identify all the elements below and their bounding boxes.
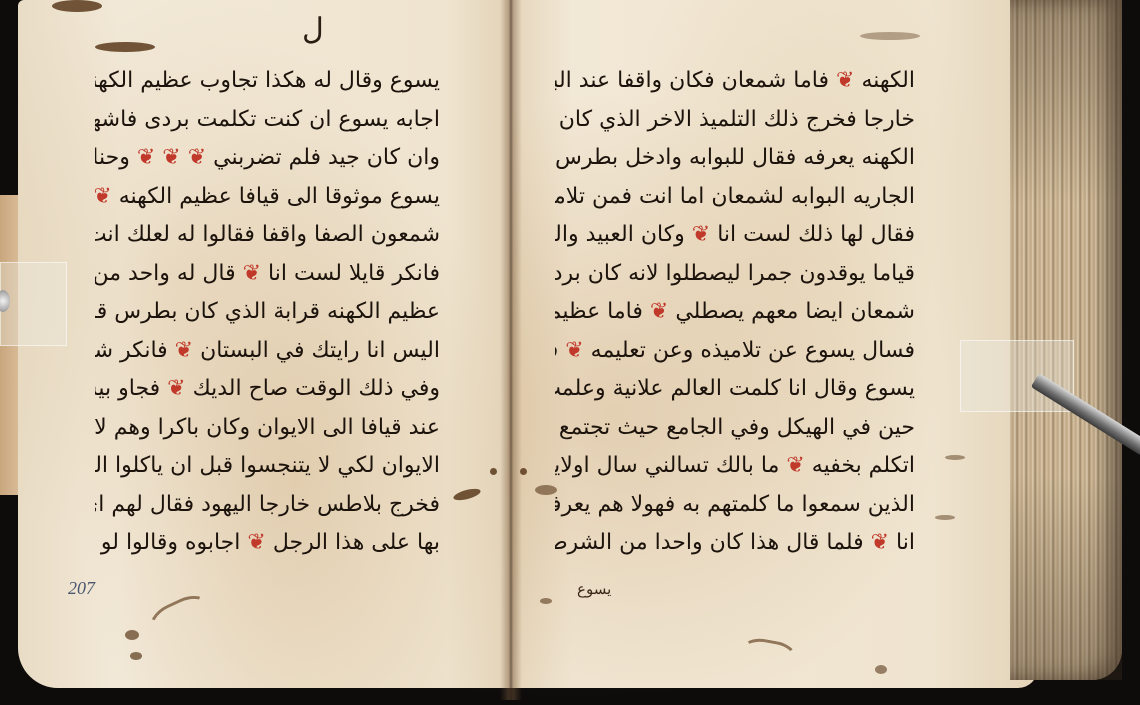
text-line: انا ❦ فلما قال هذا كان واحدا من الشرط قا… [555, 524, 915, 563]
rubric-marker: ❦ [162, 145, 180, 170]
rubric-marker: ❦ [786, 453, 804, 478]
text-line: فقال لها ذلك لست انا ❦ وكان العبيد والشر… [555, 216, 915, 255]
text-line: الكهنه يعرفه فقال للبوابه وادخل بطرس ❦ ف… [555, 139, 915, 178]
wormhole [535, 485, 557, 495]
wormhole [935, 515, 955, 520]
wormhole [95, 42, 155, 52]
catchword: يسوع [577, 580, 611, 598]
clear-tape-left [0, 262, 67, 346]
text-line: قياما يوقدون جمرا ليصطلوا لانه كان بردا … [555, 255, 915, 294]
right-page-text: الكهنه ❦ فاما شمعان فكان واقفا عند الباب… [555, 62, 915, 563]
page-header-mark: ل [302, 12, 324, 47]
text-line: عند قيافا الى الايوان وكان باكرا وهم لا … [95, 409, 440, 448]
text-line: فانكر قايلا لست انا ❦ قال له واحد من عبي… [95, 255, 440, 294]
text-line: الايوان لكي لا يتنجسوا قبل ان ياكلوا الف… [95, 447, 440, 486]
text-line: يسوع وقال انا كلمت العالم علانية وعلمت ف… [555, 370, 915, 409]
rubric-marker: ❦ [243, 261, 261, 286]
wormhole [52, 0, 102, 12]
rubric-marker: ❦ [175, 338, 193, 363]
wormhole [490, 468, 497, 475]
text-line: وان كان جيد فلم تضربني ❦ ❦ ❦ وحنان ارسل [95, 139, 440, 178]
text-line: اتكلم بخفيه ❦ ما بالك تسالني سال اولايك [555, 447, 915, 486]
left-page-text: يسوع وقال له هكذا تجاوب عظيم الكهنه ❦ اج… [95, 62, 440, 563]
wormhole [125, 630, 139, 640]
gutter-binding [500, 0, 522, 700]
wormhole [540, 598, 552, 604]
text-line: يسوع موثوقا الى قيافا عظيم الكهنه ❦ وكان [95, 178, 440, 217]
folio-number: 207 [68, 578, 95, 599]
text-line: الكهنه ❦ فاما شمعان فكان واقفا عند الباب [555, 62, 915, 101]
wormhole [130, 652, 142, 660]
text-line: بها على هذا الرجل ❦ اجابوه وقالوا لو لم … [95, 524, 440, 563]
text-line: شمعون الصفا واقفا فقالوا له لعلك انت من … [95, 216, 440, 255]
text-line: يسوع وقال له هكذا تجاوب عظيم الكهنه ❦ [95, 62, 440, 101]
text-line: فخرج بلاطس خارجا اليهود فقال لهم اي حجة … [95, 486, 440, 525]
wormhole [860, 32, 920, 40]
text-line: عظيم الكهنه قرابة الذي كان بطرس قطع اذنه [95, 293, 440, 332]
rubric-marker: ❦ [95, 184, 112, 209]
wormhole [520, 468, 527, 475]
rubric-marker: ❦ [137, 145, 155, 170]
rubric-marker: ❦ [692, 222, 710, 247]
wormhole [875, 665, 887, 674]
rubric-marker: ❦ [650, 299, 668, 324]
manuscript-photo: ل يسوع وقال له هكذا تجاوب عظيم الكهنه ❦ … [0, 0, 1140, 705]
text-line: فسال يسوع عن تلاميذه وعن تعليمه ❦ فاجابه [555, 332, 915, 371]
text-line: خارجا فخرج ذلك التلميذ الاخر الذي كان عظ… [555, 101, 915, 140]
rubric-marker: ❦ [188, 145, 206, 170]
text-line: وفي ذلك الوقت صاح الديك ❦ فجاو بيسوع من [95, 370, 440, 409]
text-line: حين في الهيكل وفي الجامع حيث تجتمع كل ال… [555, 409, 915, 448]
rubric-marker: ❦ [247, 530, 265, 555]
text-line: شمعان ايضا معهم يصطلي ❦ فاما عظيم الكهنه [555, 293, 915, 332]
text-line: اليس انا رايتك في البستان ❦ فانكر شمعان … [95, 332, 440, 371]
rubric-marker: ❦ [836, 68, 854, 93]
text-line: اجابه يسوع ان كنت تكلمت بردى فاشهد بالرد… [95, 101, 440, 140]
wormhole [945, 455, 965, 460]
rubric-marker: ❦ [565, 338, 583, 363]
rubric-marker: ❦ [167, 376, 185, 401]
text-line: الجاريه البوابه لشمعان اما انت فمن تلامي… [555, 178, 915, 217]
rubric-marker: ❦ [871, 530, 889, 555]
text-line: الذين سمعوا ما كلمتهم به فهولا هم يعرفون… [555, 486, 915, 525]
